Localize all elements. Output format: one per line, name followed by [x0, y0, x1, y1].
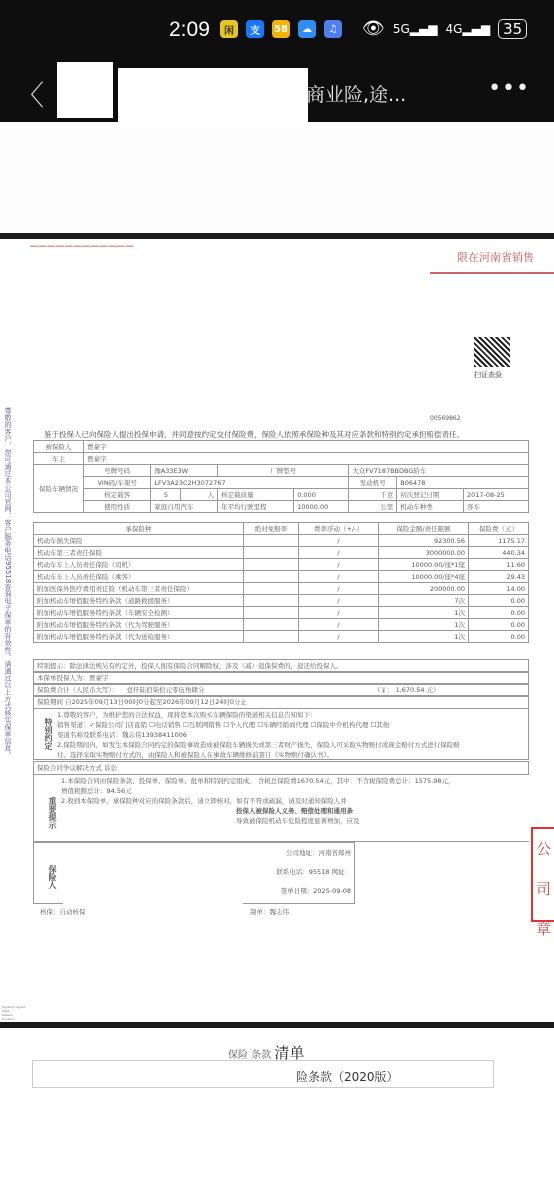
list-item-label: 险条款（2020版） — [296, 1068, 399, 1085]
redaction-box — [118, 68, 308, 122]
redaction-box — [57, 62, 113, 118]
coverage-row: 机动车车上人员责任保险（司机）/10000.00/座*1座11.60 — [34, 559, 529, 571]
eye-icon: 👁 — [362, 18, 385, 39]
company-stamp: 公司章 — [531, 827, 554, 922]
qr-code — [474, 337, 510, 367]
digital-signature: Digitally signedDateReasonLocation — [2, 1005, 25, 1021]
58-icon: 58 — [272, 20, 290, 38]
important-notes: 重要提示 1.本保险合同由保险条款、投保单、保险单、批单和特别约定组成。 含税总… — [33, 774, 529, 842]
coverage-row: 机动车损失保险/92300.561175.17 — [34, 535, 529, 547]
coverage-table: 承保险种 绝对免赔率 费率浮动（+/-） 保险金额/责任限额 保险费（元） 机动… — [33, 522, 529, 643]
more-menu-button[interactable]: ••• — [488, 76, 530, 101]
system-icons: 👁 5G▂▄▆ 4G▂▄▆ 35 — [362, 18, 527, 39]
status-bar: 2:09 闲 支 58 ☁ ♫ 👁 5G▂▄▆ 4G▂▄▆ 35 — [0, 0, 554, 62]
document-header: ▔▔▔▔▔▔▔▔▔▔▔▔ — [30, 247, 134, 258]
signal-4g-icon: 4G▂▄▆ — [445, 22, 490, 36]
insurance-period: 保险期间 自2025年09月13日00时0分起至2026年09月12日24时0分… — [33, 695, 529, 709]
coverage-row: 附加机动车增值服务特约条款（代为驾驶服务）/1次0.00 — [34, 619, 529, 631]
policy-number: 00569862 — [430, 415, 461, 422]
special-terms: 特别约定 1.尊敬的客户，为维护您的合法权益，现将您本次购买车辆保险的渠道相关信… — [33, 708, 529, 760]
policy-document-page: ▔▔▔▔▔▔▔▔▔▔▔▔ 限在河南省销售 扫证查验 尊敬的客户，您可通过本公司官… — [0, 239, 554, 1019]
dispute-resolution: 保险合同争议解决方式 诉讼 — [33, 761, 529, 775]
coverage-row: 附加机动车增值服务特约条款（车辆安全检测）/1次0.00 — [34, 607, 529, 619]
coverage-row: 附加医保外医疗费用责任险（机动车第三者责任保险）/200000.0014.00 — [34, 583, 529, 595]
alipay-icon: 支 — [246, 20, 264, 38]
redaction-box — [33, 1061, 295, 1087]
coverage-row: 附加机动车增值服务特约条款（代为送检服务）/1次0.00 — [34, 631, 529, 643]
shop-icon: 闲 — [220, 20, 238, 38]
coverage-row: 机动车车上人员责任保险（乘客）/10000.00/座*4座29.43 — [34, 571, 529, 583]
cloud-icon: ☁ — [298, 20, 316, 38]
signal-5g-icon: 5G▂▄▆ — [393, 22, 438, 36]
music-icon: ♫ — [324, 20, 342, 38]
redaction-box — [63, 849, 243, 909]
qr-label: 扫证查验 — [474, 370, 502, 380]
side-notice: 尊敬的客户，您可通过本公司官网、客户服务电话95518查询电子保单的有效性。请通… — [2, 407, 13, 827]
region-label: 限在河南省销售 — [457, 249, 534, 265]
battery-icon: 35 — [498, 19, 527, 39]
divider — [430, 272, 554, 274]
underwriter: 核保：自动核保 — [40, 907, 86, 916]
notification-icons: 闲 支 58 ☁ ♫ — [220, 20, 342, 38]
back-button[interactable]: 〈 — [16, 74, 44, 114]
clock: 2:09 — [169, 18, 210, 42]
issuer: 制单：魏志伟 — [250, 907, 289, 916]
policy-table: 被保险人贾豪宇 车主贾豪宇 保险车辆情况号牌号码豫A33E3W厂牌型号大众FV7… — [33, 440, 529, 513]
document-page-3: 保险 条款 清单 险条款（2020版） — [0, 1028, 554, 1200]
coverage-row: 机动车第三者责任保险/3000000.00440.34 — [34, 547, 529, 559]
coverage-row: 附加机动车增值服务特约条款（道路救援服务）/7次0.00 — [34, 595, 529, 607]
document-page-1 — [0, 123, 554, 233]
intro-text: 鉴于投保人已向保险人提出投保申请，并同意按约定交付保险费，保险人依照承保险种及其… — [44, 429, 464, 440]
